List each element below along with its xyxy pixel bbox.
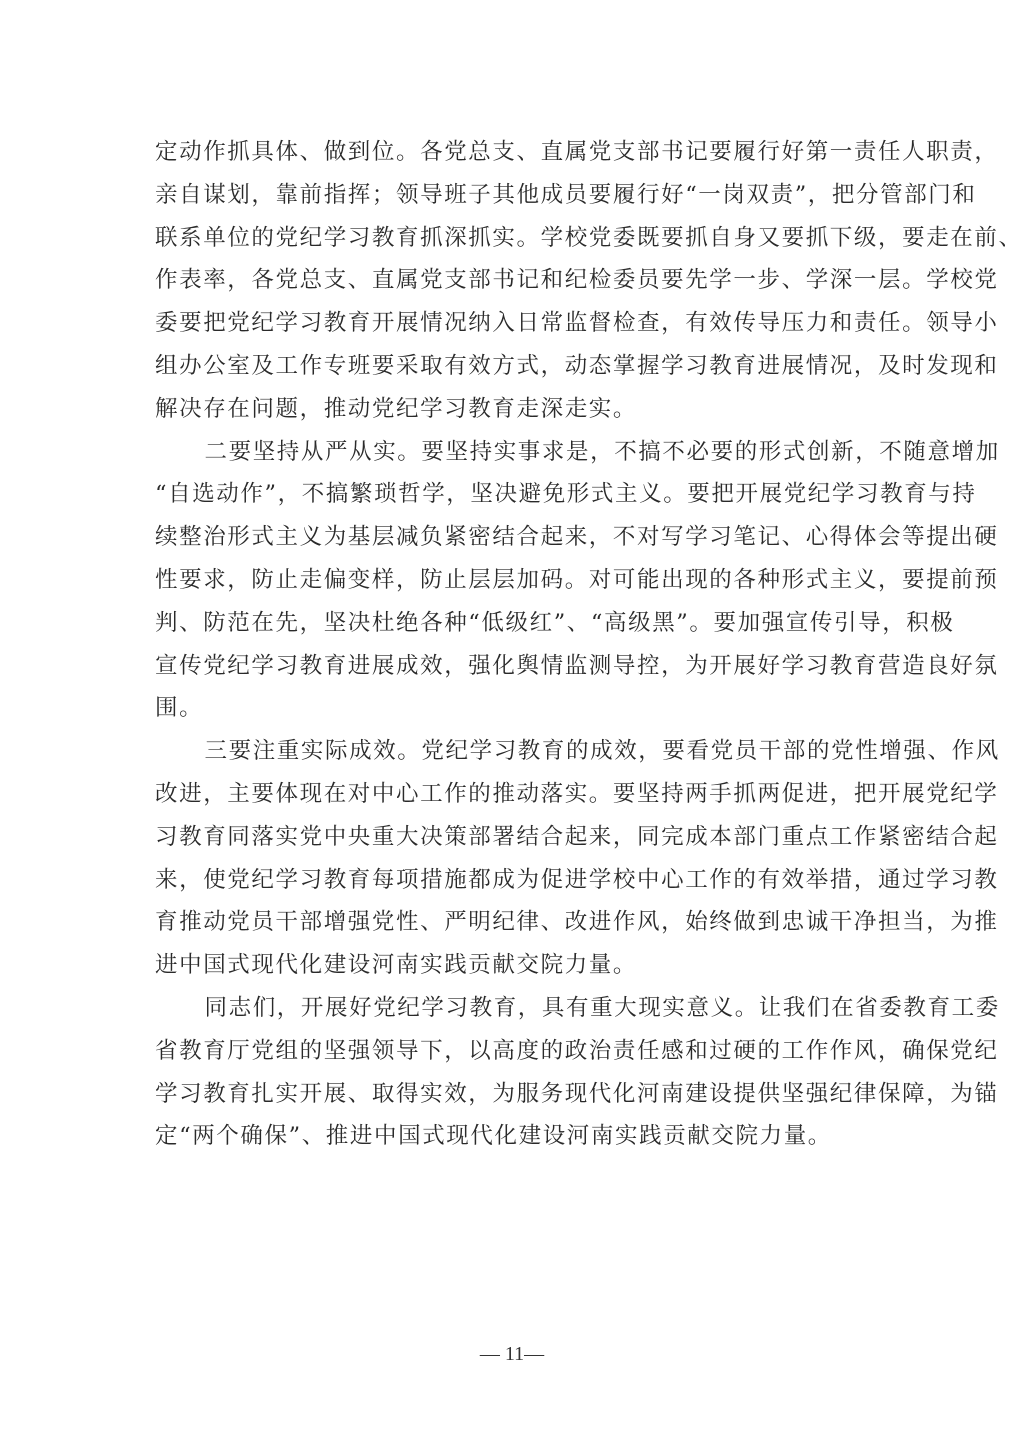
text-line: 定动作抓具体、做到位。各党总支、直属党支部书记要履行好第一责任人职责， <box>155 131 870 174</box>
paragraph-3: 三要注重实际成效。党纪学习教育的成效，要看党员干部的党性增强、作风 改进，主要体… <box>155 730 870 987</box>
text-line: “自选动作”，不搞繁琐哲学，坚决避免形式主义。要把开展党纪学习教育与持 <box>155 473 870 516</box>
text-line: 委要把党纪学习教育开展情况纳入日常监督检查，有效传导压力和责任。领导小 <box>155 302 870 345</box>
text-line: 同志们，开展好党纪学习教育，具有重大现实意义。让我们在省委教育工委 <box>155 987 870 1030</box>
paragraph-2: 二要坚持从严从实。要坚持实事求是，不搞不必要的形式创新，不随意增加 “自选动作”… <box>155 431 870 731</box>
document-body: 定动作抓具体、做到位。各党总支、直属党支部书记要履行好第一责任人职责， 亲自谋划… <box>155 131 870 1158</box>
text-line: 习教育同落实党中央重大决策部署结合起来，同完成本部门重点工作紧密结合起 <box>155 816 870 859</box>
text-line: 学习教育扎实开展、取得实效，为服务现代化河南建设提供坚强纪律保障，为锚 <box>155 1073 870 1116</box>
text-line: 解决存在问题，推动党纪学习教育走深走实。 <box>155 388 870 431</box>
text-line: 续整治形式主义为基层减负紧密结合起来，不对写学习笔记、心得体会等提出硬 <box>155 516 870 559</box>
text-line: 省教育厅党组的坚强领导下，以高度的政治责任感和过硬的工作作风，确保党纪 <box>155 1030 870 1073</box>
text-line: 二要坚持从严从实。要坚持实事求是，不搞不必要的形式创新，不随意增加 <box>155 431 870 474</box>
text-line: 亲自谋划，靠前指挥；领导班子其他成员要履行好“一岗双责”，把分管部门和 <box>155 174 870 217</box>
text-line: 来，使党纪学习教育每项措施都成为促进学校中心工作的有效举措，通过学习教 <box>155 859 870 902</box>
text-line: 育推动党员干部增强党性、严明纪律、改进作风，始终做到忠诚干净担当，为推 <box>155 901 870 944</box>
document-page: 定动作抓具体、做到位。各党总支、直属党支部书记要履行好第一责任人职责， 亲自谋划… <box>0 0 1024 1448</box>
paragraph-1: 定动作抓具体、做到位。各党总支、直属党支部书记要履行好第一责任人职责， 亲自谋划… <box>155 131 870 431</box>
text-line: 改进，主要体现在对中心工作的推动落实。要坚持两手抓两促进，把开展党纪学 <box>155 773 870 816</box>
paragraph-4: 同志们，开展好党纪学习教育，具有重大现实意义。让我们在省委教育工委 省教育厅党组… <box>155 987 870 1158</box>
text-line: 判、防范在先，坚决杜绝各种“低级红”、“高级黑”。要加强宣传引导，积极 <box>155 602 870 645</box>
text-line: 围。 <box>155 687 870 730</box>
page-number: — 11— <box>0 1343 1024 1366</box>
text-line: 作表率，各党总支、直属党支部书记和纪检委员要先学一步、学深一层。学校党 <box>155 259 870 302</box>
text-line: 性要求，防止走偏变样，防止层层加码。对可能出现的各种形式主义，要提前预 <box>155 559 870 602</box>
text-line: 联系单位的党纪学习教育抓深抓实。学校党委既要抓自身又要抓下级，要走在前、 <box>155 217 870 260</box>
text-line: 三要注重实际成效。党纪学习教育的成效，要看党员干部的党性增强、作风 <box>155 730 870 773</box>
text-line: 组办公室及工作专班要采取有效方式，动态掌握学习教育进展情况，及时发现和 <box>155 345 870 388</box>
text-line: 宣传党纪学习教育进展成效，强化舆情监测导控，为开展好学习教育营造良好氛 <box>155 645 870 688</box>
text-line: 定“两个确保”、推进中国式现代化建设河南实践贡献交院力量。 <box>155 1115 870 1158</box>
text-line: 进中国式现代化建设河南实践贡献交院力量。 <box>155 944 870 987</box>
